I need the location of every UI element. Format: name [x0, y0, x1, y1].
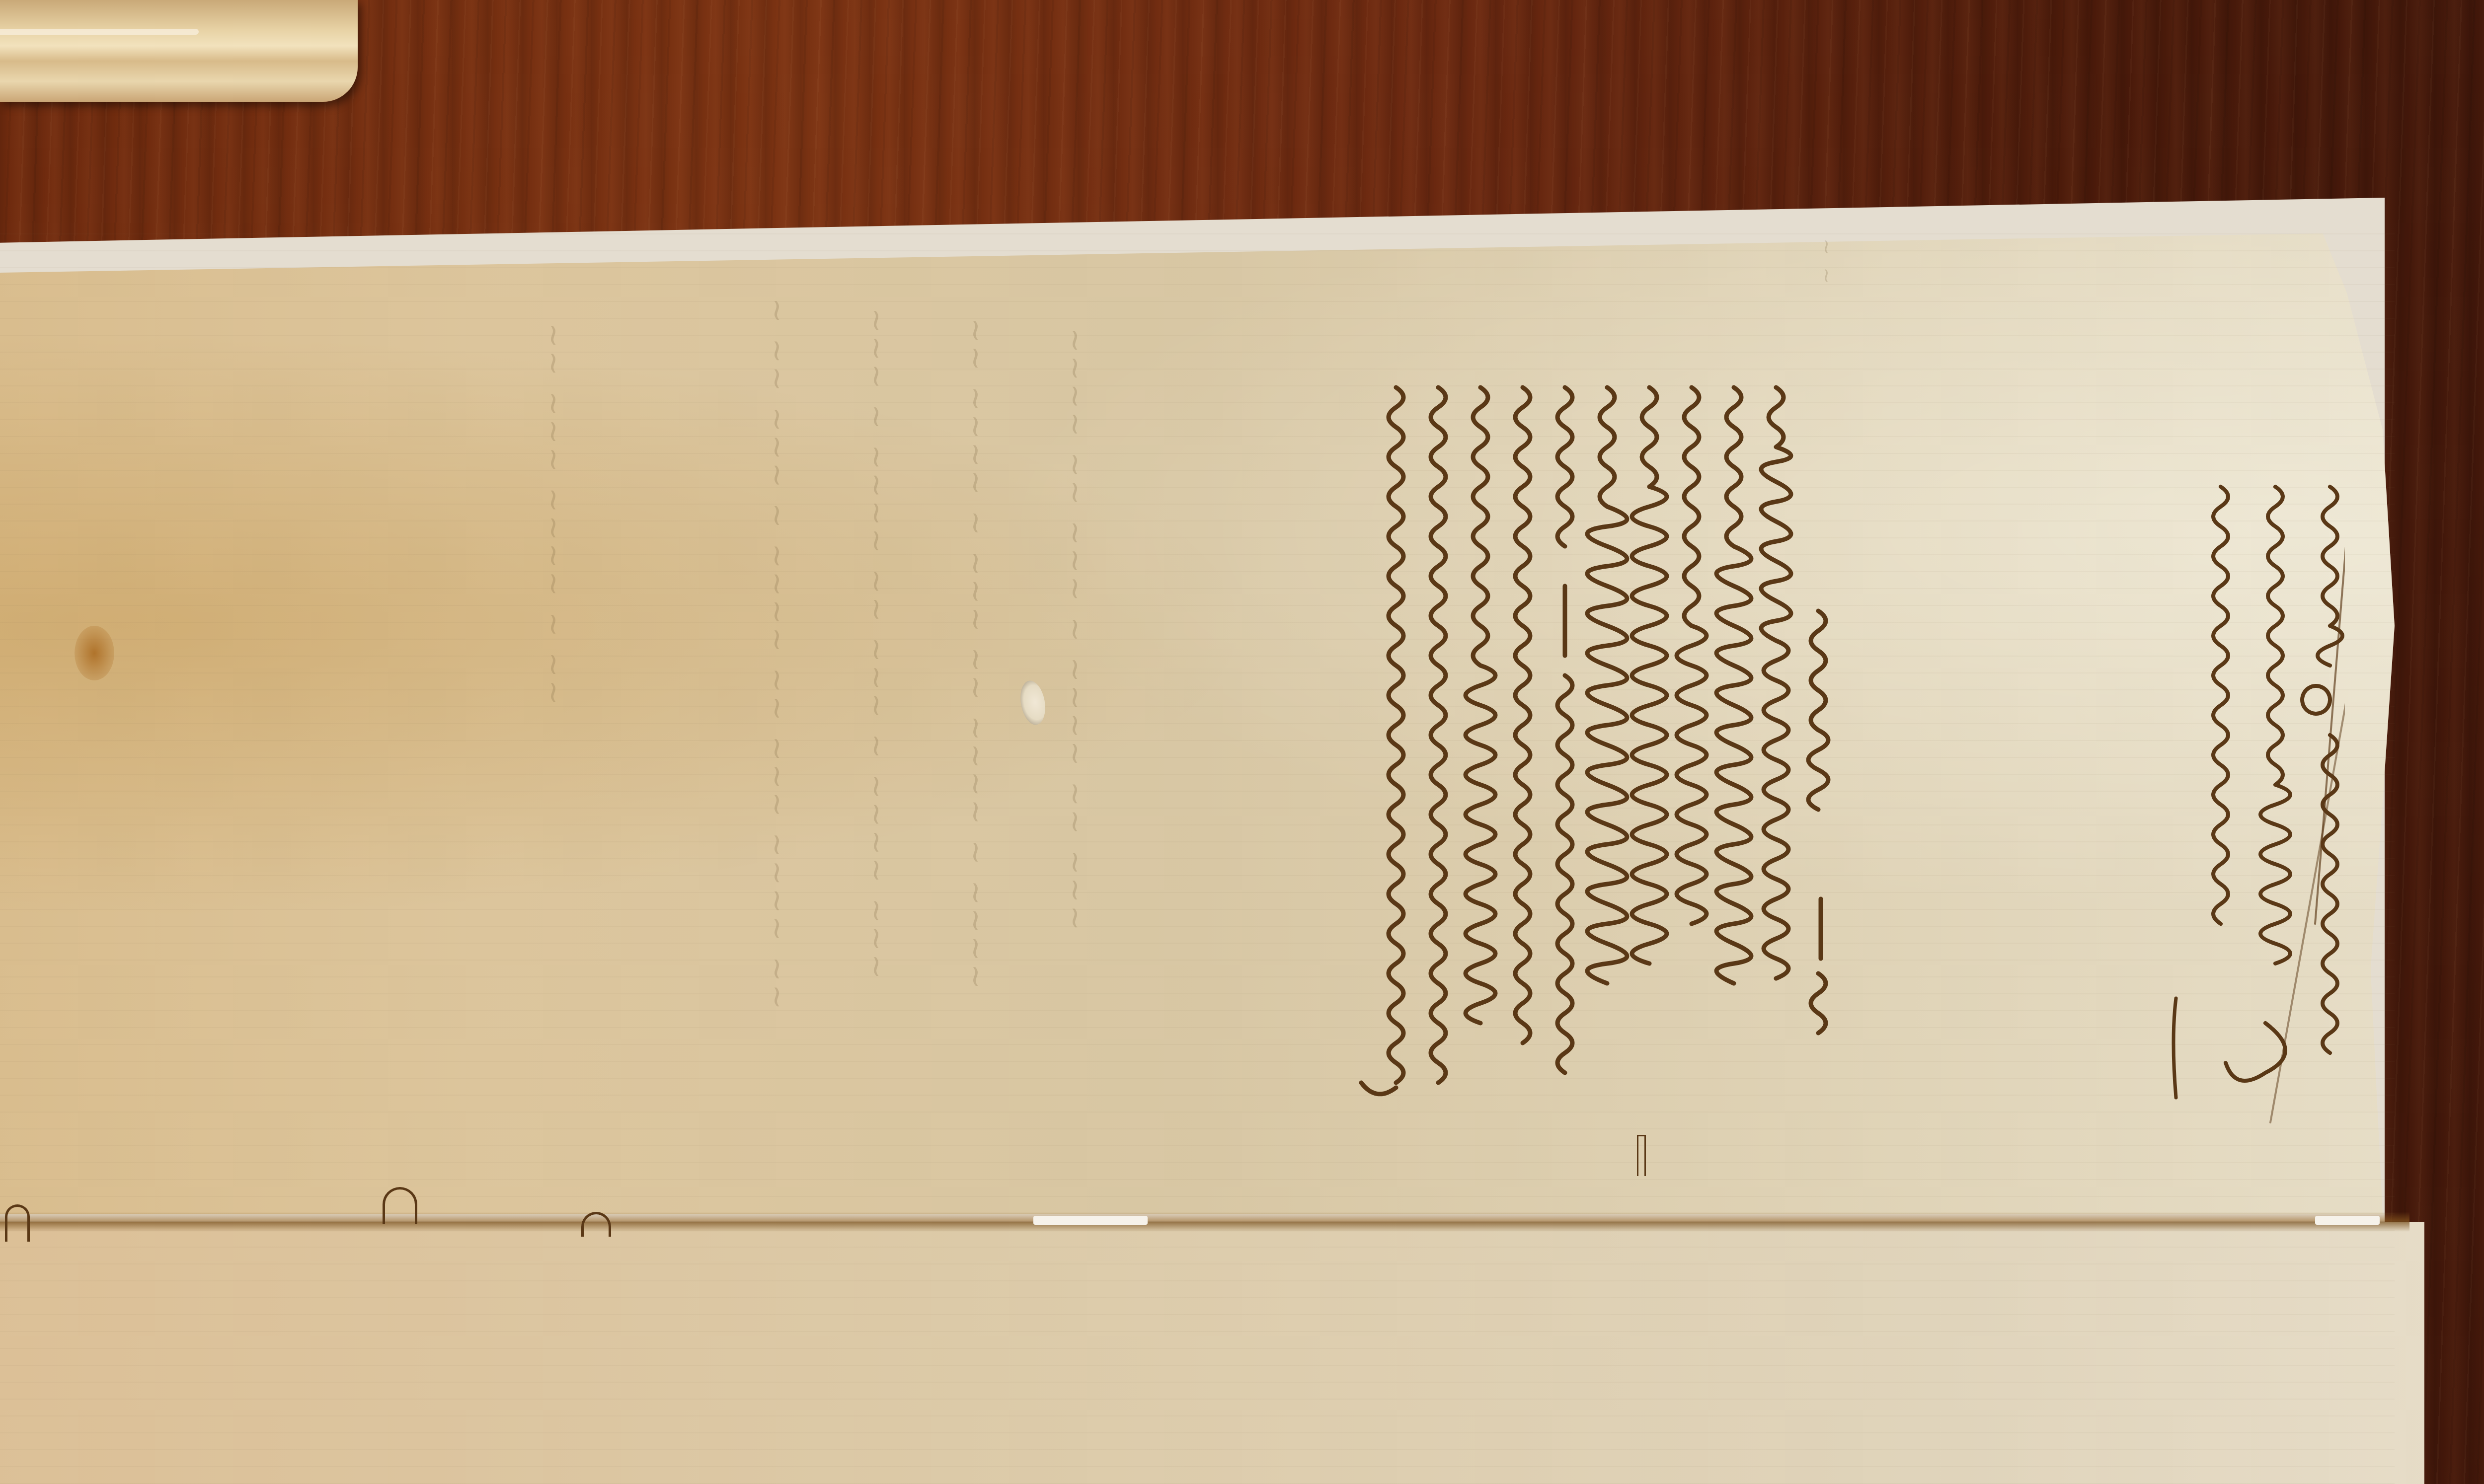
- address-block: [2124, 477, 2345, 1137]
- address-handwriting: [2126, 477, 2345, 1137]
- fold-tear: [1033, 1216, 1148, 1225]
- faint-marks: ~ ~: [1815, 238, 1838, 287]
- fold-tear: [2315, 1216, 2380, 1225]
- fold-line: [0, 1212, 2409, 1232]
- paper-bundle: [0, 0, 358, 102]
- photo-scene: ~ ~~ ~~~ ~ ~~~~ ~~ ~~~ ~~~~ ~~ ~~~ ~ ~~~…: [0, 0, 2484, 1484]
- main-text-block: [1344, 377, 1833, 1197]
- manuscript-leaf-lower: [0, 1222, 2424, 1484]
- manuscript-leaf-upper: [0, 233, 2395, 1214]
- handwriting-lines: [1346, 377, 1833, 1197]
- ink-stain: [75, 626, 114, 680]
- ink-hook-mark: [383, 1187, 417, 1224]
- ink-hook-mark: [5, 1204, 30, 1242]
